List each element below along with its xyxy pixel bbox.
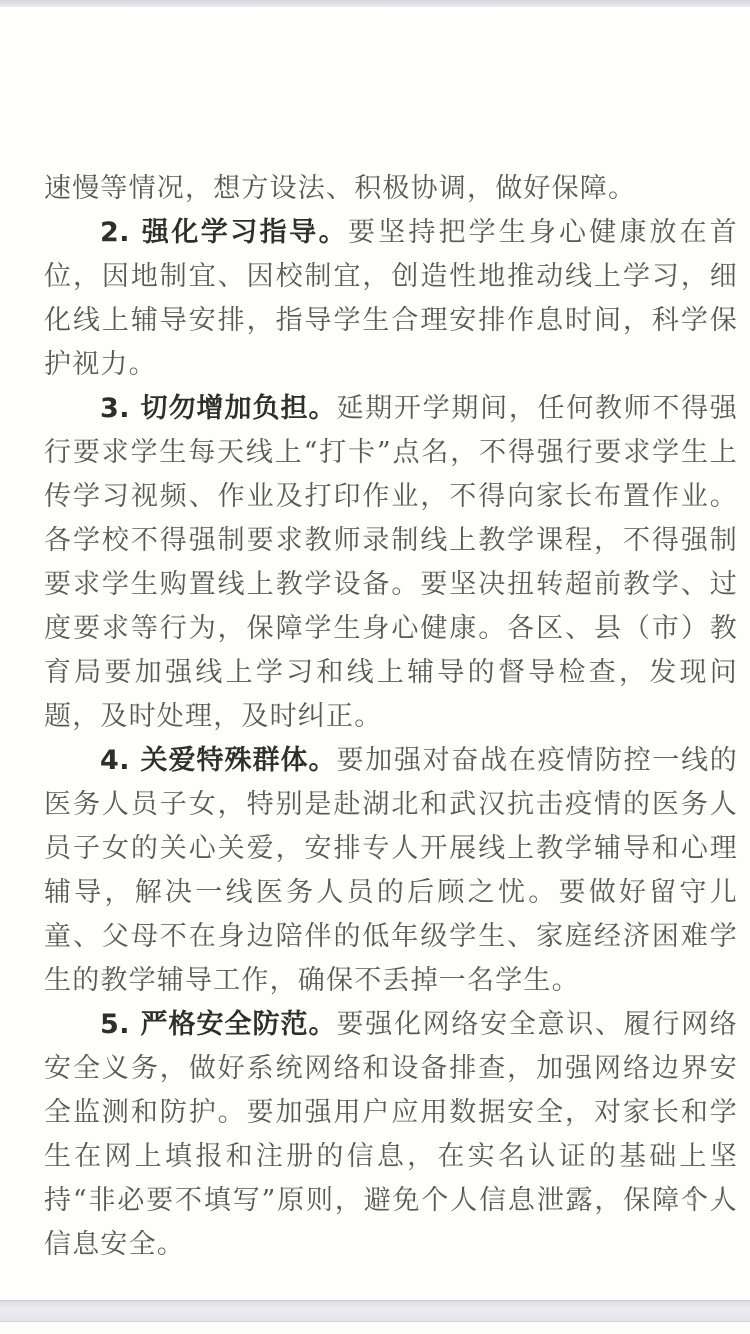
paragraph-continuation: 速慢等情况，想方设法、积极协调，做好保障。	[44, 167, 738, 211]
paragraph-5: 5. 严格安全防范。要强化网络安全意识、履行网络安全义务，做好系统网络和设备排查…	[44, 1003, 738, 1267]
paragraph-body: 延期开学期间，任何教师不得强行要求学生每天线上“打卡”点名，不得强行要求学生上传…	[44, 393, 738, 732]
paragraph-heading: 5. 严格安全防范。	[100, 1009, 337, 1040]
document-body: 速慢等情况，想方设法、积极协调，做好保障。 2. 强化学习指导。要坚持把学生身心…	[44, 167, 738, 1267]
paragraph-4: 4. 关爱特殊群体。要加强对奋战在疫情防控一线的医务人员子女，特别是赴湖北和武汉…	[44, 739, 738, 1003]
viewer-bottom-edge	[0, 1300, 750, 1322]
paragraph-heading: 4. 关爱特殊群体。	[100, 745, 337, 776]
page-number: - 5 -	[661, 1185, 728, 1211]
paragraph-heading: 2. 强化学习指导。	[100, 217, 348, 248]
document-page: 速慢等情况，想方设法、积极协调，做好保障。 2. 强化学习指导。要坚持把学生身心…	[0, 7, 750, 1300]
paragraph-body: 要加强对奋战在疫情防控一线的医务人员子女，特别是赴湖北和武汉抗击疫情的医务人员子…	[44, 745, 738, 996]
paragraph-body: 要强化网络安全意识、履行网络安全义务，做好系统网络和设备排查，加强网络边界安全监…	[44, 1009, 738, 1260]
paragraph-3: 3. 切勿增加负担。延期开学期间，任何教师不得强行要求学生每天线上“打卡”点名，…	[44, 387, 738, 739]
paragraph-2: 2. 强化学习指导。要坚持把学生身心健康放在首位，因地制宜、因校制宜，创造性地推…	[44, 211, 738, 387]
paragraph-heading: 3. 切勿增加负担。	[100, 393, 337, 424]
paragraph-body: 速慢等情况，想方设法、积极协调，做好保障。	[44, 173, 636, 204]
